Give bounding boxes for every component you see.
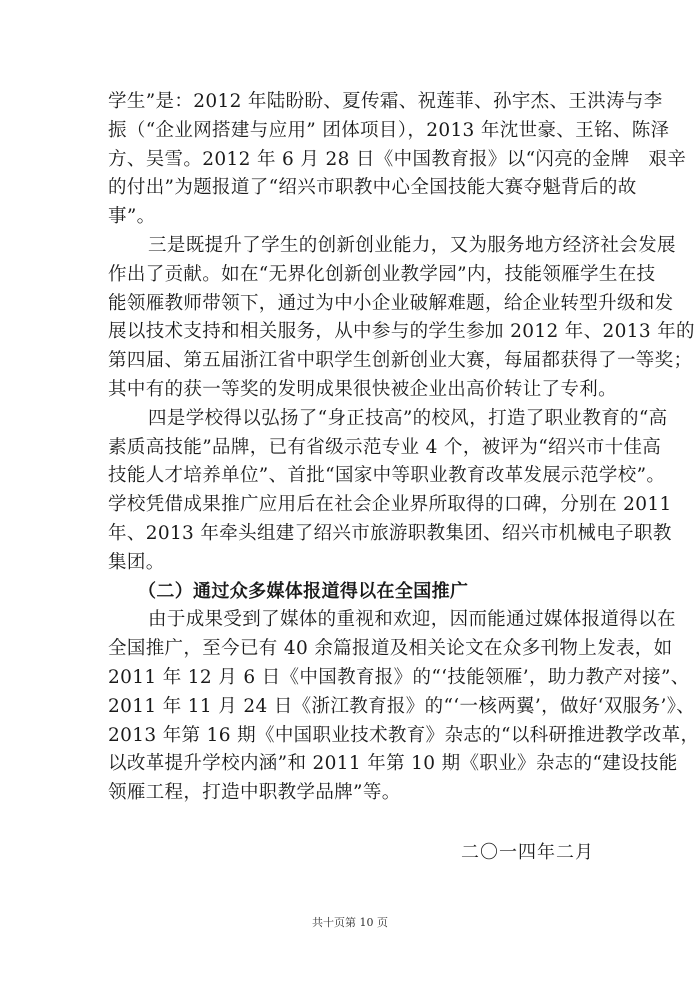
paragraph-line: 方、吴雪。2012 年 6 月 28 日《中国教育报》以“闪亮的金牌 艰辛: [108, 146, 594, 175]
paragraph-line: 全国推广，至今已有 40 余篇报道及相关论文在众多刊物上发表，如: [108, 635, 594, 664]
paragraph-line: 年、2013 年牵头组建了绍兴市旅游职教集团、绍兴市机械电子职教: [108, 520, 594, 549]
paragraph-line: 其中有的获一等奖的发明成果很快被企业出高价转让了专利。: [108, 376, 594, 405]
paragraph-line: 展以技术支持和相关服务，从中参与的学生参加 2012 年、2013 年的: [108, 318, 594, 347]
paragraph-line: 2011 年 11 月 24 日《浙江教育报》的“‘一核两翼’，做好‘双服务’》…: [108, 693, 594, 722]
paragraph-line: 作出了贡献。如在“无界化创新创业教学园”内，技能领雁学生在技: [108, 261, 594, 290]
paragraph-line: 学校凭借成果推广应用后在社会企业界所取得的口碑，分别在 2011: [108, 491, 594, 520]
paragraph-line: 以改革提升学校内涵”和 2011 年第 10 期《职业》杂志的“建设技能: [108, 750, 594, 779]
section-heading: （二）通过众多媒体报道得以在全国推广: [108, 578, 594, 607]
paragraph-line: 技能人才培养单位”、首批“国家中等职业教育改革发展示范学校”。: [108, 462, 594, 491]
paragraph-line: 的付出”为题报道了“绍兴市职教中心全国技能大赛夺魁背后的故: [108, 174, 594, 203]
paragraph-line: 能领雁教师带领下，通过为中小企业破解难题，给企业转型升级和发: [108, 290, 594, 319]
paragraph-line: 事”。: [108, 203, 594, 232]
paragraph-line: 2011 年 12 月 6 日《中国教育报》的“‘技能领雁’，助力教产对接”、: [108, 664, 594, 693]
paragraph-line: 集团。: [108, 549, 594, 578]
paragraph-line: 四是学校得以弘扬了“身正技高”的校风，打造了职业教育的“高: [108, 405, 594, 434]
document-body: 学生”是：2012 年陆盼盼、夏传霜、祝莲菲、孙宇杰、王洪涛与李 振（“企业网搭…: [108, 88, 594, 808]
paragraph-line: 由于成果受到了媒体的重视和欢迎，因而能通过媒体报道得以在: [108, 606, 594, 635]
paragraph-line: 第四届、第五届浙江省中职学生创新创业大赛，每届都获得了一等奖；: [108, 347, 594, 376]
paragraph-line: 素质高技能”品牌，已有省级示范专业 4 个，被评为“绍兴市十佳高: [108, 434, 594, 463]
document-page: 学生”是：2012 年陆盼盼、夏传霜、祝莲菲、孙宇杰、王洪涛与李 振（“企业网搭…: [0, 0, 700, 990]
page-footer: 共十页第 10 页: [0, 914, 700, 930]
paragraph-line: 2013 年第 16 期《中国职业技术教育》杂志的“以科研推进教学改革，: [108, 722, 594, 751]
paragraph-line: 三是既提升了学生的创新创业能力，又为服务地方经济社会发展: [108, 232, 594, 261]
signature-date: 二〇一四年二月: [461, 838, 594, 864]
paragraph-line: 振（“企业网搭建与应用” 团体项目），2013 年沈世豪、王铭、陈泽: [108, 117, 594, 146]
paragraph-line: 领雁工程，打造中职教学品牌”等。: [108, 779, 594, 808]
paragraph-line: 学生”是：2012 年陆盼盼、夏传霜、祝莲菲、孙宇杰、王洪涛与李: [108, 88, 594, 117]
